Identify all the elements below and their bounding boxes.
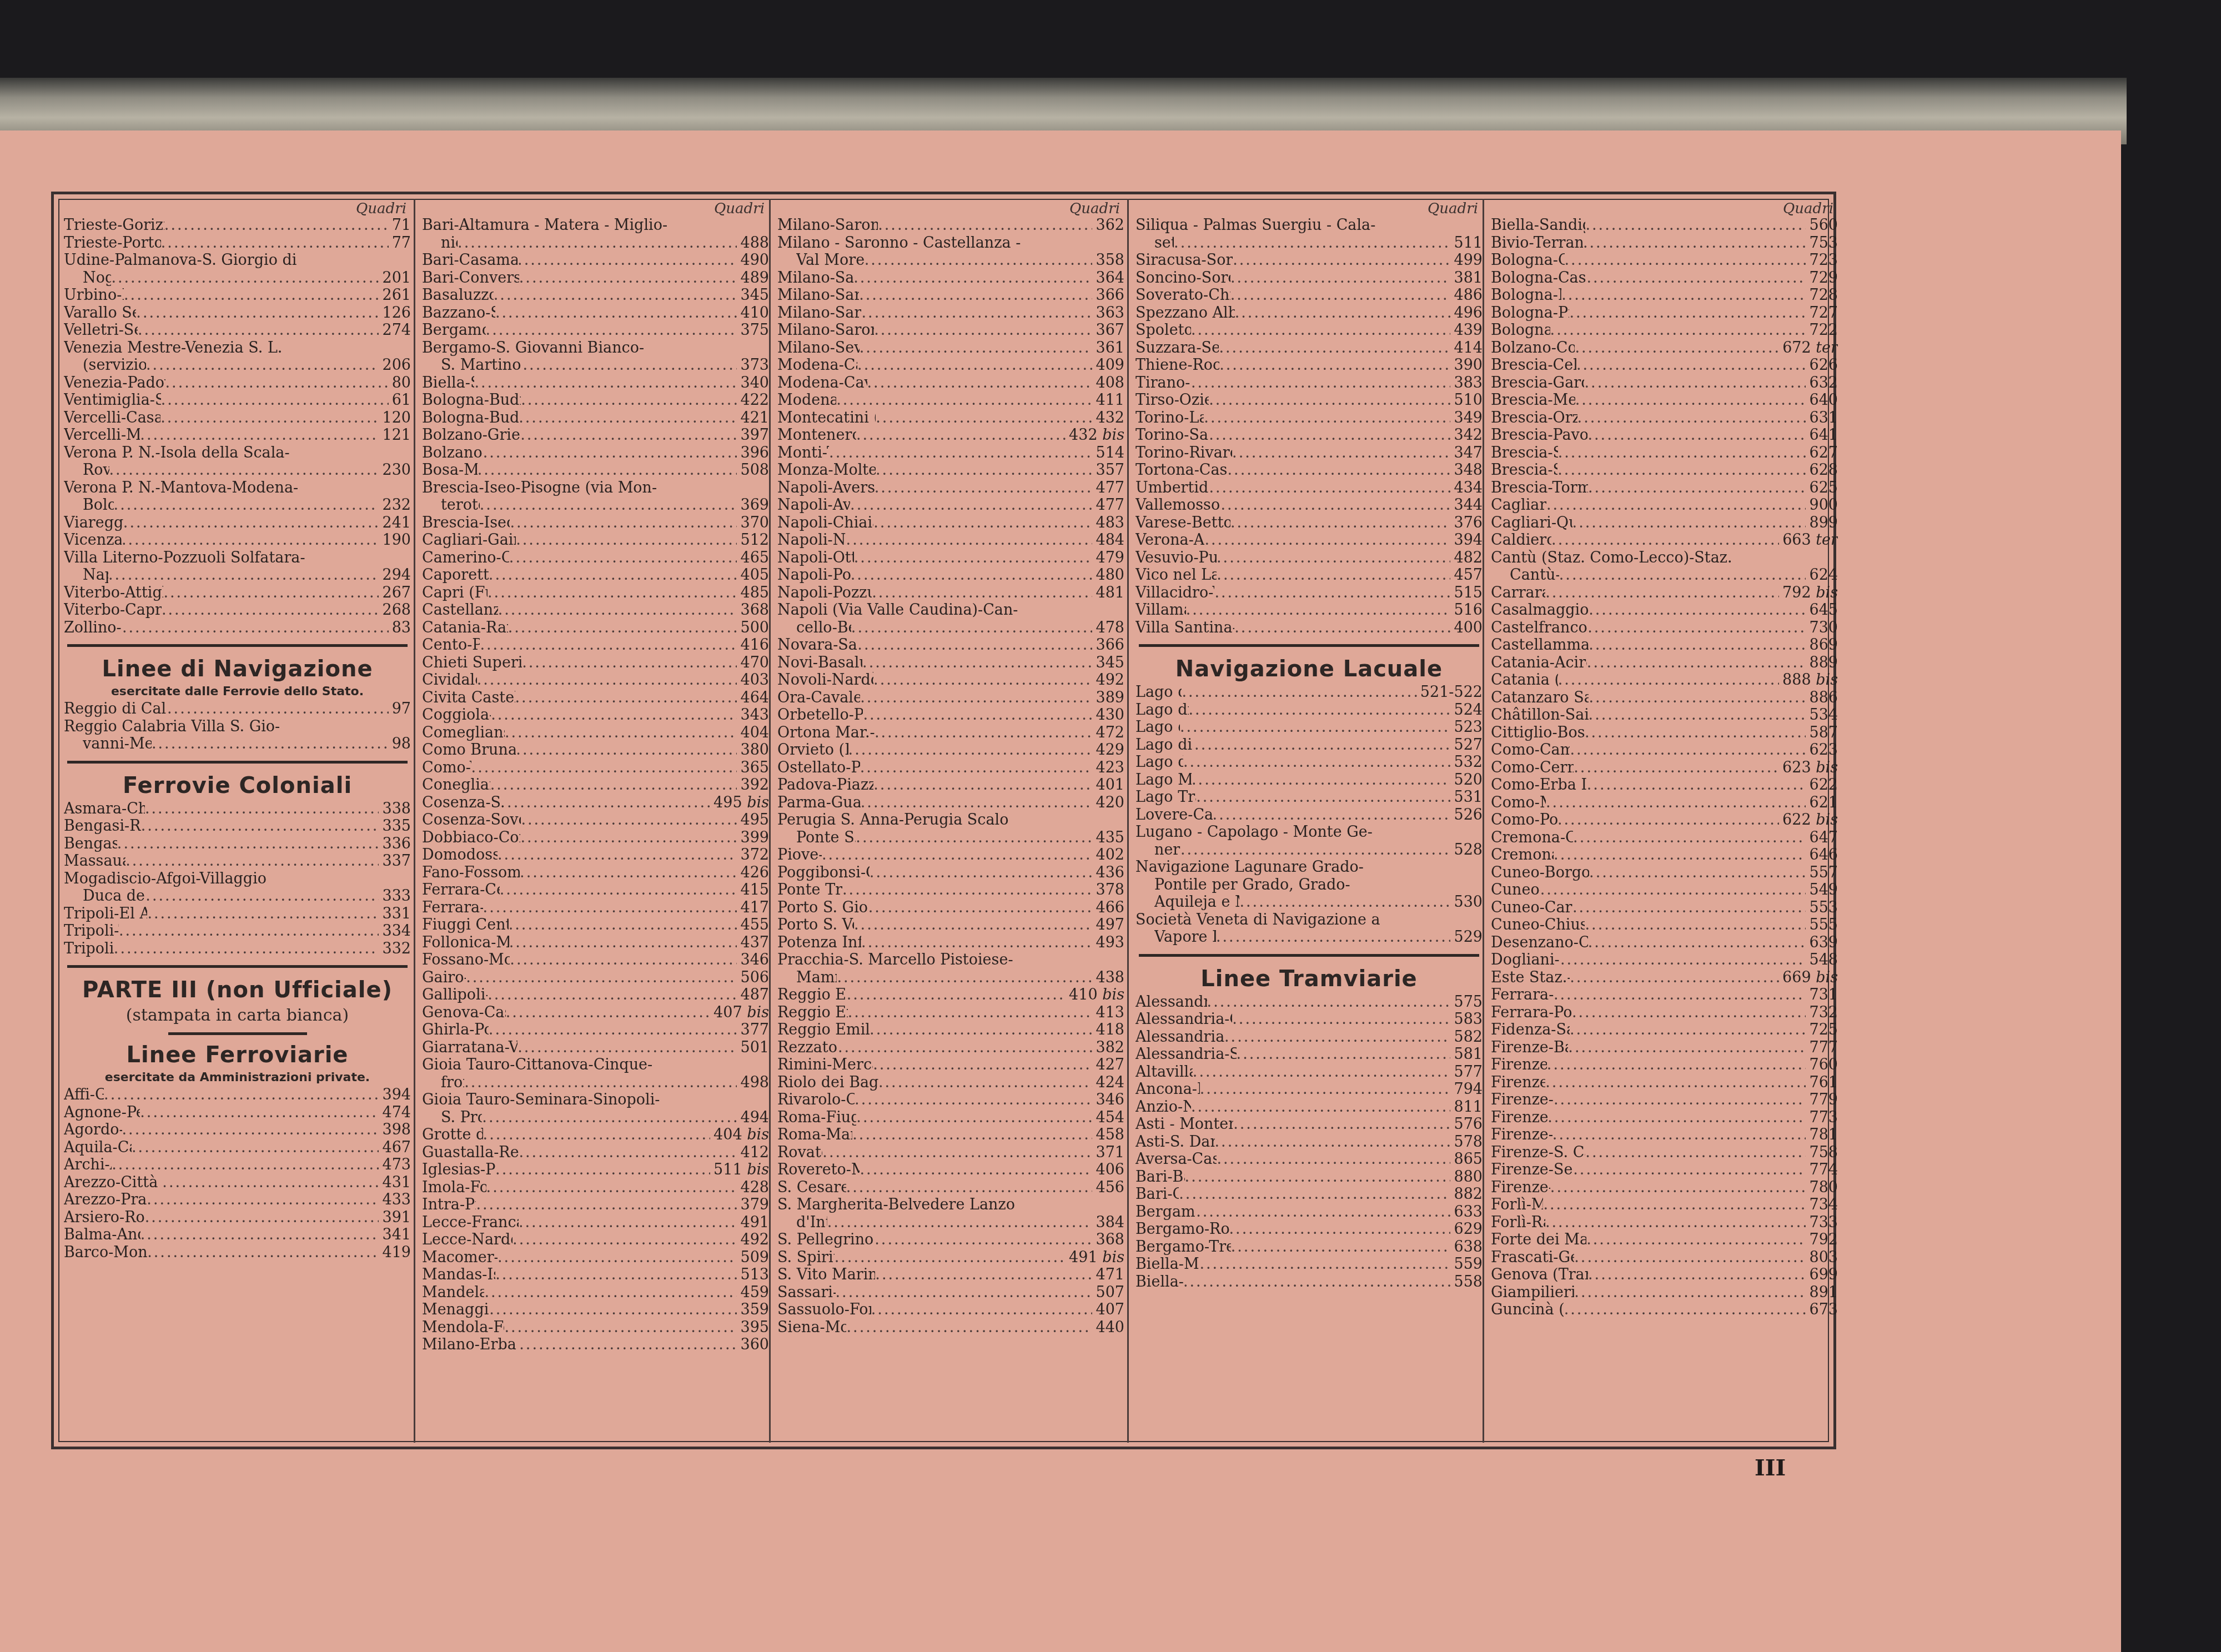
index-entry[interactable]: Rovigo230 — [64, 461, 411, 479]
index-entry[interactable]: Bengasi-Soluk336 — [64, 835, 411, 853]
index-entry[interactable]: Potenza Inferiore-Pignola493 — [777, 934, 1124, 952]
index-entry[interactable]: Milano-Saronno-Como364 — [777, 269, 1124, 287]
index-entry[interactable]: Brescia-Orzinuovi-Soncino631 — [1491, 409, 1838, 427]
index-entry[interactable]: Viterbo-Attigliano Bomarzo-Orte267 — [64, 584, 411, 602]
index-entry[interactable]: Milano-Saronno-Seregno.363 — [777, 304, 1124, 322]
index-entry[interactable]: Como-Camerlata-Cantù623 — [1491, 741, 1838, 759]
index-entry[interactable]: Firenze-S. Casciano e Greve...758 — [1491, 1144, 1838, 1162]
index-entry[interactable]: Lecce-Francavilla-Locorotondo491 — [422, 1214, 769, 1232]
index-entry[interactable]: Ferrara-Copparo417 — [422, 899, 769, 917]
index-entry[interactable]: Modena-Vignola411 — [777, 391, 1124, 409]
index-entry[interactable]: Porto S. Giorgio-Amandola...466 — [777, 899, 1124, 917]
index-entry[interactable]: Châtillon-Saint Vincent (filovia)534 — [1491, 706, 1838, 724]
index-entry[interactable]: Gioia Tauro-Cittanova-Cinque- — [422, 1056, 769, 1074]
index-entry[interactable]: Como-Erba Inc.-Pusiano-Lecco622 — [1491, 776, 1838, 794]
index-entry[interactable]: Cuneo-Chiusa Pesio (filovia)...555 — [1491, 916, 1838, 934]
index-entry[interactable]: Fano-Fossombrone-Fermignano426 — [422, 864, 769, 882]
index-entry[interactable]: Reggio Emilia-Carpi413 — [777, 1004, 1124, 1022]
index-entry[interactable]: Follonica-Massa Marittima437 — [422, 934, 769, 952]
index-entry[interactable]: Brescia-Stocchetta628 — [1491, 461, 1838, 479]
index-entry[interactable]: Villa Santina-Staz. per la Carnia400 — [1135, 619, 1483, 637]
index-entry[interactable]: Como-Ponte Chiasso.622 bis — [1491, 811, 1838, 829]
index-entry[interactable]: Balma-Andorno-Biella.341 — [64, 1226, 411, 1244]
index-entry[interactable]: Como-Cernobbio-Maslianico623 bis — [1491, 759, 1838, 777]
index-entry[interactable]: Ostellato-Porto Garibaldi423 — [777, 759, 1124, 777]
index-entry[interactable]: Asmara-Cheren-Agordat338 — [64, 800, 411, 818]
index-entry[interactable]: Archi-Atessa473 — [64, 1156, 411, 1174]
index-entry[interactable]: Chieti Superiore-Chieti Inferiore470 — [422, 654, 769, 672]
index-entry[interactable]: Intra-Premeno379 — [422, 1196, 769, 1214]
index-entry[interactable]: Reggio Calabria Villa S. Gio- — [64, 718, 411, 736]
index-entry[interactable]: Montecatini (Terme) Funicolare432 — [777, 409, 1124, 427]
index-entry[interactable]: Novara-Saronno-Milano366 — [777, 636, 1124, 654]
index-entry[interactable]: Arezzo-Città di Castello-Fossato431 — [64, 1174, 411, 1192]
index-entry[interactable]: Urbino-Fabriano261 — [64, 287, 411, 304]
index-entry[interactable]: Bologna-Budrio-Massalombarda422 — [422, 391, 769, 409]
index-entry[interactable]: Ponte Tresa-Luino378 — [777, 881, 1124, 899]
index-entry[interactable]: Bolzano-Colle (Kohlern)(Tel.)672 ter — [1491, 339, 1838, 357]
index-entry[interactable]: Napoli294 — [64, 566, 411, 584]
index-entry[interactable]: setta511 — [1135, 234, 1483, 252]
index-entry[interactable]: Bari-Conversano-Locorotondo .489 — [422, 269, 769, 287]
index-entry[interactable]: Ora-Cavalese-Predazzo ..389 — [777, 689, 1124, 707]
index-entry[interactable]: Bivio-Terranova Bracciolini...753 — [1491, 234, 1838, 252]
index-entry[interactable]: Ancona-Falconara794 — [1135, 1081, 1483, 1098]
index-entry[interactable]: Fiuggi Centro-Fiuggi Città455 — [422, 916, 769, 934]
index-entry[interactable]: Umbertide-Todi-Terni434 — [1135, 479, 1483, 497]
index-entry[interactable]: Bazzano-Spilamberto410 — [422, 304, 769, 322]
index-entry[interactable]: Lago di Garda524 — [1135, 701, 1483, 719]
index-entry[interactable]: S. Cesareo-Frascati456 — [777, 1179, 1124, 1197]
index-entry[interactable]: Bologna-Budrio-Portomaggiore421 — [422, 409, 769, 427]
index-entry[interactable]: Civita Castellana-Viterbo P. F.464 — [422, 689, 769, 707]
index-entry[interactable]: Catania (Tramvie di).888 bis — [1491, 671, 1838, 689]
index-entry[interactable]: Firenze-Campi761 — [1491, 1074, 1838, 1092]
index-entry[interactable]: Capri (Funicolare)485 — [422, 584, 769, 602]
index-entry[interactable]: Suzzara-Sermide-Ferrara414 — [1135, 339, 1483, 357]
index-entry[interactable]: Agordo-Bribano398 — [64, 1121, 411, 1139]
index-entry[interactable]: Modena-Cavezzo-Finale409 — [777, 356, 1124, 374]
index-entry[interactable]: Lugano - Capolago - Monte Ge- — [1135, 824, 1483, 841]
index-entry[interactable]: Cagliari-Quarto S. Elena899 — [1491, 514, 1838, 532]
index-entry[interactable]: Camerino-Castelraimondo.465 — [422, 549, 769, 567]
index-entry[interactable]: Sassuolo-Formigine-Modena..407 — [777, 1301, 1124, 1319]
index-entry[interactable]: Agnone-Pescolanciano474 — [64, 1104, 411, 1122]
index-entry[interactable]: Padova-Piazzola-Carmignano ..401 — [777, 776, 1124, 794]
index-entry[interactable]: Bari-Casamassima-Putignano..490 — [422, 252, 769, 269]
index-entry[interactable]: Rimini-Mercatino Marecchia...427 — [777, 1056, 1124, 1074]
index-entry[interactable]: Mandas-Isili-Sorgono513 — [422, 1266, 769, 1284]
index-entry[interactable]: Reggio Emilia-Boretto410 bis — [777, 986, 1124, 1004]
index-entry[interactable]: Tirso-Ozieri-Chilivani510 — [1135, 391, 1483, 409]
index-entry[interactable]: Vercelli-Casale M.-Alessandria.120 — [64, 409, 411, 427]
index-entry[interactable]: Firenze-Grassina781 — [1491, 1126, 1838, 1144]
index-entry[interactable]: Carrara-Marina.792 bis — [1491, 584, 1838, 602]
index-entry[interactable]: Bergamo-Albino.633 — [1135, 1203, 1483, 1221]
index-entry[interactable]: Barco-Montecchio Emilia419 — [64, 1244, 411, 1262]
index-entry[interactable]: S. Spirito-Bitonto491 bis — [777, 1249, 1124, 1267]
index-entry[interactable]: vanni-Messina Porto98 — [64, 735, 411, 753]
index-entry[interactable]: Napoli-Pozzuoli-Torregaveta...481 — [777, 584, 1124, 602]
index-entry[interactable]: Piove-Adria402 — [777, 846, 1124, 864]
index-entry[interactable]: Bologna-Malalbergo728 — [1491, 287, 1838, 304]
index-entry[interactable]: Bergamo-S. Giovanni Bianco- — [422, 339, 769, 357]
index-entry[interactable]: Biella-Oropa558 — [1135, 1273, 1483, 1291]
index-entry[interactable]: Tirano-Sondrio383 — [1135, 374, 1483, 392]
index-entry[interactable]: Mammiano438 — [777, 969, 1124, 987]
index-entry[interactable]: Lago di Como521-522 — [1135, 684, 1483, 701]
index-entry[interactable]: Iglesias-Palmas Suergiu511 bis — [422, 1161, 769, 1179]
index-entry[interactable]: Ponte S. Giovanni435 — [777, 829, 1124, 847]
index-entry[interactable]: Villacidro-Villamar-Isili.515 — [1135, 584, 1483, 602]
index-entry[interactable]: Tripoli-Tagiura334 — [64, 922, 411, 940]
index-entry[interactable]: Tripoli-Zuara332 — [64, 940, 411, 958]
index-entry[interactable]: Lago d'Orta.532 — [1135, 754, 1483, 771]
index-entry[interactable]: Cuneo-Borgo S. Dalm.-Demonte557 — [1491, 864, 1838, 882]
index-entry[interactable]: Orvieto (Funicolare)429 — [777, 741, 1124, 759]
index-entry[interactable]: Venezia-Padova-Rovigo-Bologna80 — [64, 374, 411, 392]
index-entry[interactable]: Alessandria-Spinetta-Mandrogne581 — [1135, 1046, 1483, 1063]
index-entry[interactable]: Castelfranco d'Emilia-Bazzano.730 — [1491, 619, 1838, 637]
index-entry[interactable]: Venezia Mestre-Venezia S. L. — [64, 339, 411, 357]
index-entry[interactable]: Lovere-Castro-Pisogne526 — [1135, 806, 1483, 824]
index-entry[interactable]: Villamar-Ales516 — [1135, 601, 1483, 619]
index-entry[interactable]: Gallipoli-Casarano487 — [422, 986, 769, 1004]
index-entry[interactable]: Como Brunate (Funicolare)....380 — [422, 741, 769, 759]
index-entry[interactable]: Genova-Castellaccio (Funic.)407 bis — [422, 1004, 769, 1022]
index-entry[interactable]: Affi-Garda394 — [64, 1086, 411, 1104]
index-entry[interactable]: Milano - Saronno - Castellanza - — [777, 234, 1124, 252]
index-entry[interactable]: Castellanza-Val Morea368 — [422, 601, 769, 619]
index-entry[interactable]: Rovereto-Mori-Arco-Riva406 — [777, 1161, 1124, 1179]
index-entry[interactable]: Cremona-Ostiano646 — [1491, 846, 1838, 864]
index-entry[interactable]: Bari-Altamura - Matera - Miglio- — [422, 217, 769, 234]
index-entry[interactable]: Napoli (Via Valle Caudina)-Can- — [777, 601, 1124, 619]
index-entry[interactable]: Montenero (Funicolare)....432 bis — [777, 426, 1124, 444]
index-entry[interactable]: Velletri-Segni Paliano274 — [64, 322, 411, 339]
index-entry[interactable]: Fidenza-Salsomaggiore725 — [1491, 1021, 1838, 1039]
index-entry[interactable]: Caporetto-Cividale405 — [422, 566, 769, 584]
index-entry[interactable]: Roma-Marina di Ostia458 — [777, 1126, 1124, 1144]
index-entry[interactable]: Brescia-S. Eufemia627 — [1491, 444, 1838, 462]
index-entry[interactable]: Brescia-Tormini-Salò-Gargnano625 — [1491, 479, 1838, 497]
index-entry[interactable]: Porto S. Venere-Mileto497 — [777, 916, 1124, 934]
index-entry[interactable]: Verona P. N.-Isola della Scala- — [64, 444, 411, 462]
index-entry[interactable]: Basaluzzo-Frugarolo345 — [422, 287, 769, 304]
index-entry[interactable]: Grotte di Postumia404 bis — [422, 1126, 769, 1144]
index-entry[interactable]: Bolzano-Gries-Caldaro-Mendola397 — [422, 426, 769, 444]
index-entry[interactable]: Torino-Lanzo-Ceres349 — [1135, 409, 1483, 427]
index-entry[interactable]: Verona-Affi-Caprino394 — [1135, 531, 1483, 549]
index-entry[interactable]: Firenze-Casellina779 — [1491, 1091, 1838, 1109]
index-entry[interactable]: Coggiola-Grignasco343 — [422, 706, 769, 724]
index-entry[interactable]: Este Staz.-S. Elena-Este....669 bis — [1491, 969, 1838, 987]
index-entry[interactable]: Perugia S. Anna-Perugia Scalo — [777, 811, 1124, 829]
index-entry[interactable]: Frascati-Genzano-Velletri803 — [1491, 1249, 1838, 1267]
index-entry[interactable]: Milano-Seveso-Camnago361 — [777, 339, 1124, 357]
index-entry[interactable]: Forlì-Meldola.734 — [1491, 1196, 1838, 1214]
index-entry[interactable]: Napoli-Aversa-Piedimonte Alife477 — [777, 479, 1124, 497]
index-entry[interactable]: Udine-Palmanova-S. Giorgio di — [64, 252, 411, 269]
index-entry[interactable]: S. Vito Marina-Castel di Sangro471 — [777, 1266, 1124, 1284]
index-entry[interactable]: Alessandria-Castelceriolo-Sale.583 — [1135, 1011, 1483, 1028]
index-entry[interactable]: Parma-Guastalla-Suzzara420 — [777, 794, 1124, 812]
index-entry[interactable]: Arsiero-Rocchette-Schio391 — [64, 1209, 411, 1227]
index-entry[interactable]: Bergamo-Clusone375 — [422, 322, 769, 339]
index-entry[interactable]: Domodossola-Locarno372 — [422, 846, 769, 864]
index-entry[interactable]: Orbetello-Porto S. Stefano430 — [777, 706, 1124, 724]
index-entry[interactable]: Ferrara-Pontelagoscuro.732 — [1491, 1004, 1838, 1022]
index-entry[interactable]: Castellammare Stabia-Sorrento869 — [1491, 636, 1838, 654]
index-entry[interactable]: Dogliani-Monchiero548 — [1491, 951, 1838, 969]
index-entry[interactable]: Siracusa-Sortino Fusco-Ragusa499 — [1135, 252, 1483, 269]
index-entry[interactable]: Siliqua - Palmas Suergiu - Cala- — [1135, 217, 1483, 234]
index-entry[interactable]: Villa Literno-Pozzuoli Solfatara- — [64, 549, 411, 567]
index-entry[interactable]: Bergamo-Romano-Soncino.....629 — [1135, 1221, 1483, 1238]
index-entry[interactable]: Lago di Lugano.527 — [1135, 736, 1483, 754]
index-entry[interactable]: Cosenza-S. Pietro in Guarano495 bis — [422, 794, 769, 812]
index-entry[interactable]: Arezzo-Pratovecchio-Stia433 — [64, 1191, 411, 1209]
index-entry[interactable]: Napoli-Aversa-Capua477 — [777, 496, 1124, 514]
index-entry[interactable]: Bologna-Casalecchio.723 — [1491, 252, 1838, 269]
index-entry[interactable]: Rovato-Iseo371 — [777, 1144, 1124, 1162]
index-entry[interactable]: Desenzano-Castiglione Stiviere639 — [1491, 934, 1838, 952]
index-entry[interactable]: Milano-Saronno-Novara.366 — [777, 287, 1124, 304]
index-entry[interactable]: Forlì-Ravenna.733 — [1491, 1214, 1838, 1232]
index-entry[interactable]: Cosenza-Soveria M.-Decollatura495 — [422, 811, 769, 829]
index-entry[interactable]: Lecce-Nardò-Tricase-Maglie492 — [422, 1231, 769, 1249]
entry-name: Bari-Casamassima-Putignano.. — [422, 252, 517, 269]
index-entry[interactable]: Catanzaro Sala-Catanzaro Città886 — [1491, 689, 1838, 707]
entry-name: d'Intelvi — [796, 1214, 827, 1232]
index-entry[interactable]: Catania-Acireale (Belvedere) ..889 — [1491, 654, 1838, 672]
index-entry[interactable]: Brescia-Gardone-Tavernole....632 — [1491, 374, 1838, 392]
index-entry[interactable]: Vallemosso-Cossato-Biella344 — [1135, 496, 1483, 514]
index-entry[interactable]: d'Intelvi384 — [777, 1214, 1124, 1232]
index-entry[interactable]: Como-Mozzate621 — [1491, 794, 1838, 812]
index-entry[interactable]: Bengasi-Regima-Barce335 — [64, 817, 411, 835]
index-entry[interactable]: Caldiero-Tregnago663 ter — [1491, 531, 1838, 549]
index-entry[interactable]: Duca degli Abruzzi333 — [64, 887, 411, 905]
index-entry[interactable]: Biella-Santhià340 — [422, 374, 769, 392]
index-entry[interactable]: Tortona-Castelnuovo Scrivia.348 — [1135, 461, 1483, 479]
index-entry[interactable]: Ventimiglia-Savona-Genova....61 — [64, 391, 411, 409]
index-entry[interactable]: Modena-Cavezzo-Mirandola408 — [777, 374, 1124, 392]
index-entry[interactable]: Viareggio-Lucca241 — [64, 514, 411, 532]
index-entry[interactable]: Biella-Sandigliano-Borriana ...560 — [1491, 217, 1838, 234]
index-entry[interactable]: Forte dei Marmi-Serravezza ...792 — [1491, 1231, 1838, 1249]
index-entry[interactable]: Vercelli-Mortara-Pavia121 — [64, 426, 411, 444]
index-entry[interactable]: Monti-Tempio514 — [777, 444, 1124, 462]
index-entry[interactable]: Tripoli-El Azizia-Bir-Cuca331 — [64, 905, 411, 923]
index-entry[interactable]: Gairo-Ierzu506 — [422, 969, 769, 987]
index-entry[interactable]: Cuneo-Caraglio-Dronero553 — [1491, 899, 1838, 917]
index-entry[interactable]: Ghirla-Ponte Tresa377 — [422, 1021, 769, 1039]
index-entry[interactable]: Bergamo-Trescore-Bersaglio...638 — [1135, 1238, 1483, 1256]
index-entry[interactable]: Monza-Molteno-Oggiono-Lecco.357 — [777, 461, 1124, 479]
index-entry[interactable]: Verona P. N.-Mantova-Modena- — [64, 479, 411, 497]
index-entry[interactable]: Aquila-Capitignano467 — [64, 1139, 411, 1157]
index-entry[interactable]: Dobbiaco-Cortina d'Am.-Calalzo399 — [422, 829, 769, 847]
index-entry[interactable]: Catania-Randazzo-Riposto500 — [422, 619, 769, 637]
index-entry[interactable]: Napoli-Chiaia-Vomero (Funic.).483 — [777, 514, 1124, 532]
index-entry[interactable]: Giarratana-Vizzini Campagna..501 — [422, 1039, 769, 1057]
index-entry[interactable]: Altavilla-Casale577 — [1135, 1063, 1483, 1081]
index-entry[interactable]: nico488 — [422, 234, 769, 252]
index-entry[interactable]: Spezzano Albanese-Castrovillari496 — [1135, 304, 1483, 322]
index-entry[interactable]: Aquileja e Marano-Lignano..530 — [1135, 893, 1483, 911]
index-entry[interactable]: Vapore Lagunare .529 — [1135, 928, 1483, 946]
index-entry[interactable]: Bosa-Macomer508 — [422, 461, 769, 479]
index-entry[interactable]: Siena-Monte Antico440 — [777, 1319, 1124, 1337]
index-entry[interactable]: Conegliano-Vittorio392 — [422, 776, 769, 794]
index-entry[interactable]: Firenze-Fiesole773 — [1491, 1109, 1838, 1127]
quadro-number: 577 — [1454, 1063, 1483, 1081]
index-entry[interactable]: Cittiglio-Bosco Valtravaglia ...587 — [1491, 724, 1838, 742]
index-entry[interactable]: Lago Trasimeno.531 — [1135, 789, 1483, 806]
index-entry[interactable]: Lago Maggiore520 — [1135, 771, 1483, 789]
quadro-number: 528 — [1454, 841, 1483, 858]
index-entry[interactable]: Bologna232 — [64, 496, 411, 514]
index-entry[interactable]: Alessandria-S. Salvatore.....582 — [1135, 1028, 1483, 1046]
index-entry[interactable]: Ferrara-Codigoro731 — [1491, 986, 1838, 1004]
index-entry[interactable]: Aversa-Casal di Principe865 — [1135, 1151, 1483, 1168]
index-entry[interactable]: Nogaro201 — [64, 269, 411, 287]
index-entry[interactable]: Sassari-Alghero507 — [777, 1284, 1124, 1302]
index-entry[interactable]: Varese-Bettole-Ghirla-Luino ...376 — [1135, 514, 1483, 532]
index-entry[interactable]: Firenze-Sesto Fiorentino774 — [1491, 1161, 1838, 1179]
index-entry[interactable]: Brescia-Medole-Mantova.640 — [1491, 391, 1838, 409]
index-entry[interactable]: neroso528 — [1135, 841, 1483, 859]
index-entry[interactable]: Rivarolo-Cuorgnè-Pont346 — [777, 1091, 1124, 1109]
index-entry[interactable]: S. Martino de' Calvi Nord .373 — [422, 356, 769, 374]
index-entry[interactable]: Vicenza-Treviso190 — [64, 531, 411, 549]
index-entry[interactable]: Comeglians-Villa Santina404 — [422, 724, 769, 742]
index-entry[interactable]: Soverato-Chiaravalle Centr.....486 — [1135, 287, 1483, 304]
index-entry[interactable]: cello-Benevento478 — [777, 619, 1124, 637]
index-entry[interactable]: Roma-Fiuggi-Frosinone454 — [777, 1109, 1124, 1127]
index-entry[interactable]: Milano-Saronno (Serv. completo)362 — [777, 217, 1124, 234]
index-entry[interactable]: Bari-Ceglie882 — [1135, 1186, 1483, 1203]
index-entry[interactable]: Fossano-Mondovì-Villanova346 — [422, 951, 769, 969]
index-entry[interactable]: S. Procopio494 — [422, 1109, 769, 1127]
index-entry[interactable]: Val Morea-Mendrisio358 — [777, 252, 1124, 269]
index-entry[interactable]: Biella-Mongrando559 — [1135, 1256, 1483, 1273]
index-entry[interactable]: Milano-Erba Incino-Canzo Asso360 — [422, 1336, 769, 1354]
index-entry[interactable]: Brescia-Cellatica-Gussago626 — [1491, 356, 1838, 374]
index-entry[interactable]: Mendola-Fondo-Dermulo395 — [422, 1319, 769, 1337]
index-entry[interactable]: Vico nel Lazio-Guarcino.457 — [1135, 566, 1483, 584]
index-entry[interactable]: Torino-Rivarolo-Castellamonte.347 — [1135, 444, 1483, 462]
index-entry[interactable]: Mogadiscio-Afgoi-Villaggio — [64, 870, 411, 888]
index-entry[interactable]: Anzio-Nettuno.811 — [1135, 1098, 1483, 1116]
index-entry[interactable]: Genova (Tramvie elettriche di).699 — [1491, 1266, 1838, 1284]
index-entry[interactable]: Poggibonsi-Colle Val d'Elsa...436 — [777, 864, 1124, 882]
index-entry[interactable]: Imola-Fontanelice428 — [422, 1179, 769, 1197]
index-entry[interactable]: Firenze-Vingone780 — [1491, 1179, 1838, 1197]
index-entry[interactable]: Napoli-Pompei-Sarno480 — [777, 566, 1124, 584]
index-entry[interactable]: Gioia Tauro-Seminara-Sinopoli- — [422, 1091, 769, 1109]
index-entry[interactable]: Brescia-Iseo-Pisogne (via Mon- — [422, 479, 769, 497]
index-entry[interactable]: Viterbo-Capranica Sutri-Roma .268 — [64, 601, 411, 619]
index-entry[interactable]: Pontile per Grado, Grado- — [1135, 876, 1483, 894]
index-entry[interactable]: Bologna-Pieve di Cento727 — [1491, 304, 1838, 322]
index-entry[interactable]: Cividale-Udine403 — [422, 671, 769, 689]
index-entry[interactable]: Asti-S. Damiano-Canale578 — [1135, 1133, 1483, 1151]
index-entry[interactable]: Cantù-Asnago624 — [1491, 566, 1838, 584]
index-entry[interactable]: Navigazione Lagunare Grado- — [1135, 858, 1483, 876]
index-entry[interactable]: Rezzato-Vobarno382 — [777, 1039, 1124, 1057]
index-entry[interactable]: Lago d'Iseo523 — [1135, 719, 1483, 736]
index-entry[interactable]: Bolzano-Collalbo396 — [422, 444, 769, 462]
index-entry[interactable]: Riolo dei Bagni-Castel Bolognese424 — [777, 1074, 1124, 1092]
index-entry[interactable]: Firenze-Bagno a Ripoli777 — [1491, 1039, 1838, 1057]
index-entry[interactable]: Guncinà (Funicolare)673 — [1491, 1301, 1838, 1319]
index-entry[interactable]: Napoli-Nola-Baiano484 — [777, 531, 1124, 549]
index-entry[interactable]: Novoli-Nardò-Tricase-Maglie...492 — [777, 671, 1124, 689]
index-entry[interactable]: Trieste-Gorizia Centrale-Udine.71 — [64, 217, 411, 234]
index-entry[interactable]: Macomer-Tirso-Nuoro509 — [422, 1249, 769, 1267]
index-entry[interactable]: terotondo)369 — [422, 496, 769, 514]
index-entry[interactable]: (servizio completo)206 — [64, 356, 411, 374]
index-entry[interactable]: Bari-Barletta880 — [1135, 1168, 1483, 1186]
index-entry[interactable]: Ortona Mar.-Crocetta-Lanciano472 — [777, 724, 1124, 742]
index-entry[interactable]: Cuneo-Boves549 — [1491, 881, 1838, 899]
index-entry[interactable]: Brescia-Pavone Mella-Ostiano .641 — [1491, 426, 1838, 444]
index-entry[interactable]: Alessandria-Altavilla575 — [1135, 993, 1483, 1011]
index-entry[interactable]: Menaggio-Porlezza359 — [422, 1301, 769, 1319]
index-entry[interactable]: Asti - Montemagno - Altavilla ...576 — [1135, 1116, 1483, 1133]
index-entry[interactable]: Zollino-Otranto83 — [64, 619, 411, 637]
quadro-number: 458 — [1096, 1126, 1124, 1143]
index-entry[interactable]: Massaua-Asmara337 — [64, 852, 411, 870]
index-entry[interactable]: Varallo Sesia-Novara126 — [64, 304, 411, 322]
index-entry[interactable]: frondi498 — [422, 1074, 769, 1092]
index-entry[interactable]: Bologna-Vignola722 — [1491, 322, 1838, 339]
index-entry[interactable]: Giampilieri-Messina-Faro891 — [1491, 1284, 1838, 1302]
index-entry[interactable]: Napoli-Ottaiano-Sarno479 — [777, 549, 1124, 567]
entry-name: Brescia-Medole-Mantova. — [1491, 391, 1575, 409]
index-entry[interactable]: Reggio di Cal.Mar.-Messina Mar.97 — [64, 700, 411, 718]
index-entry[interactable]: Cagliari-Poetto900 — [1491, 496, 1838, 514]
index-entry[interactable]: Spoleto-Norcia439 — [1135, 322, 1483, 339]
index-entry[interactable]: Reggio Emilia-Ciano d'Enza..418 — [777, 1021, 1124, 1039]
index-entry[interactable]: Cremona-Casalmaggiore647 — [1491, 829, 1838, 847]
index-entry[interactable]: Guastalla-Reggio Em.-Sassuolo412 — [422, 1144, 769, 1162]
index-entry[interactable]: S. Margherita-Belvedere Lanzo — [777, 1196, 1124, 1214]
index-entry[interactable]: Vesuvio-Pugliano-Eremo482 — [1135, 549, 1483, 567]
index-entry[interactable]: Pracchia-S. Marcello Pistoiese- — [777, 951, 1124, 969]
index-entry[interactable]: Cento-Persiceto416 — [422, 636, 769, 654]
index-entry[interactable]: Thiene-Rocchette-Asiago.390 — [1135, 356, 1483, 374]
index-entry[interactable]: Società Veneta di Navigazione a — [1135, 911, 1483, 929]
index-entry[interactable]: Cagliari-Gairo-Tortoli-Arbatax512 — [422, 531, 769, 549]
index-entry[interactable]: Cantù (Staz. Como-Lecco)-Staz. — [1491, 549, 1838, 567]
index-entry[interactable]: Firenze-Brozzi.760 — [1491, 1056, 1838, 1074]
index-entry[interactable]: Casalmaggiore-Ponte Maiocche645 — [1491, 601, 1838, 619]
index-entry[interactable]: Soncino-Soresina Cremona.....381 — [1135, 269, 1483, 287]
index-entry[interactable]: S. Pellegrino Vetta (Funicolare)368 — [777, 1231, 1124, 1249]
index-entry[interactable]: Milano-Saronno-Varese-Laveno367 — [777, 322, 1124, 339]
index-entry[interactable]: Novi-Basaluzzo-Frugarolo345 — [777, 654, 1124, 672]
index-entry[interactable]: Brescia-Iseo-Pisogne-Edolo370 — [422, 514, 769, 532]
index-entry[interactable]: Torino-Sassi-Superga342 — [1135, 426, 1483, 444]
index-entry[interactable]: Bologna-Castel S. Pietro-Imola729 — [1491, 269, 1838, 287]
index-entry[interactable]: Mandela-Subiaco459 — [422, 1284, 769, 1302]
index-entry[interactable]: Como-Varese365 — [422, 759, 769, 777]
index-entry[interactable]: Ferrara-Cento-Modena415 — [422, 881, 769, 899]
index-entry[interactable]: Trieste-Portogruaro-Venezia...77 — [64, 234, 411, 252]
